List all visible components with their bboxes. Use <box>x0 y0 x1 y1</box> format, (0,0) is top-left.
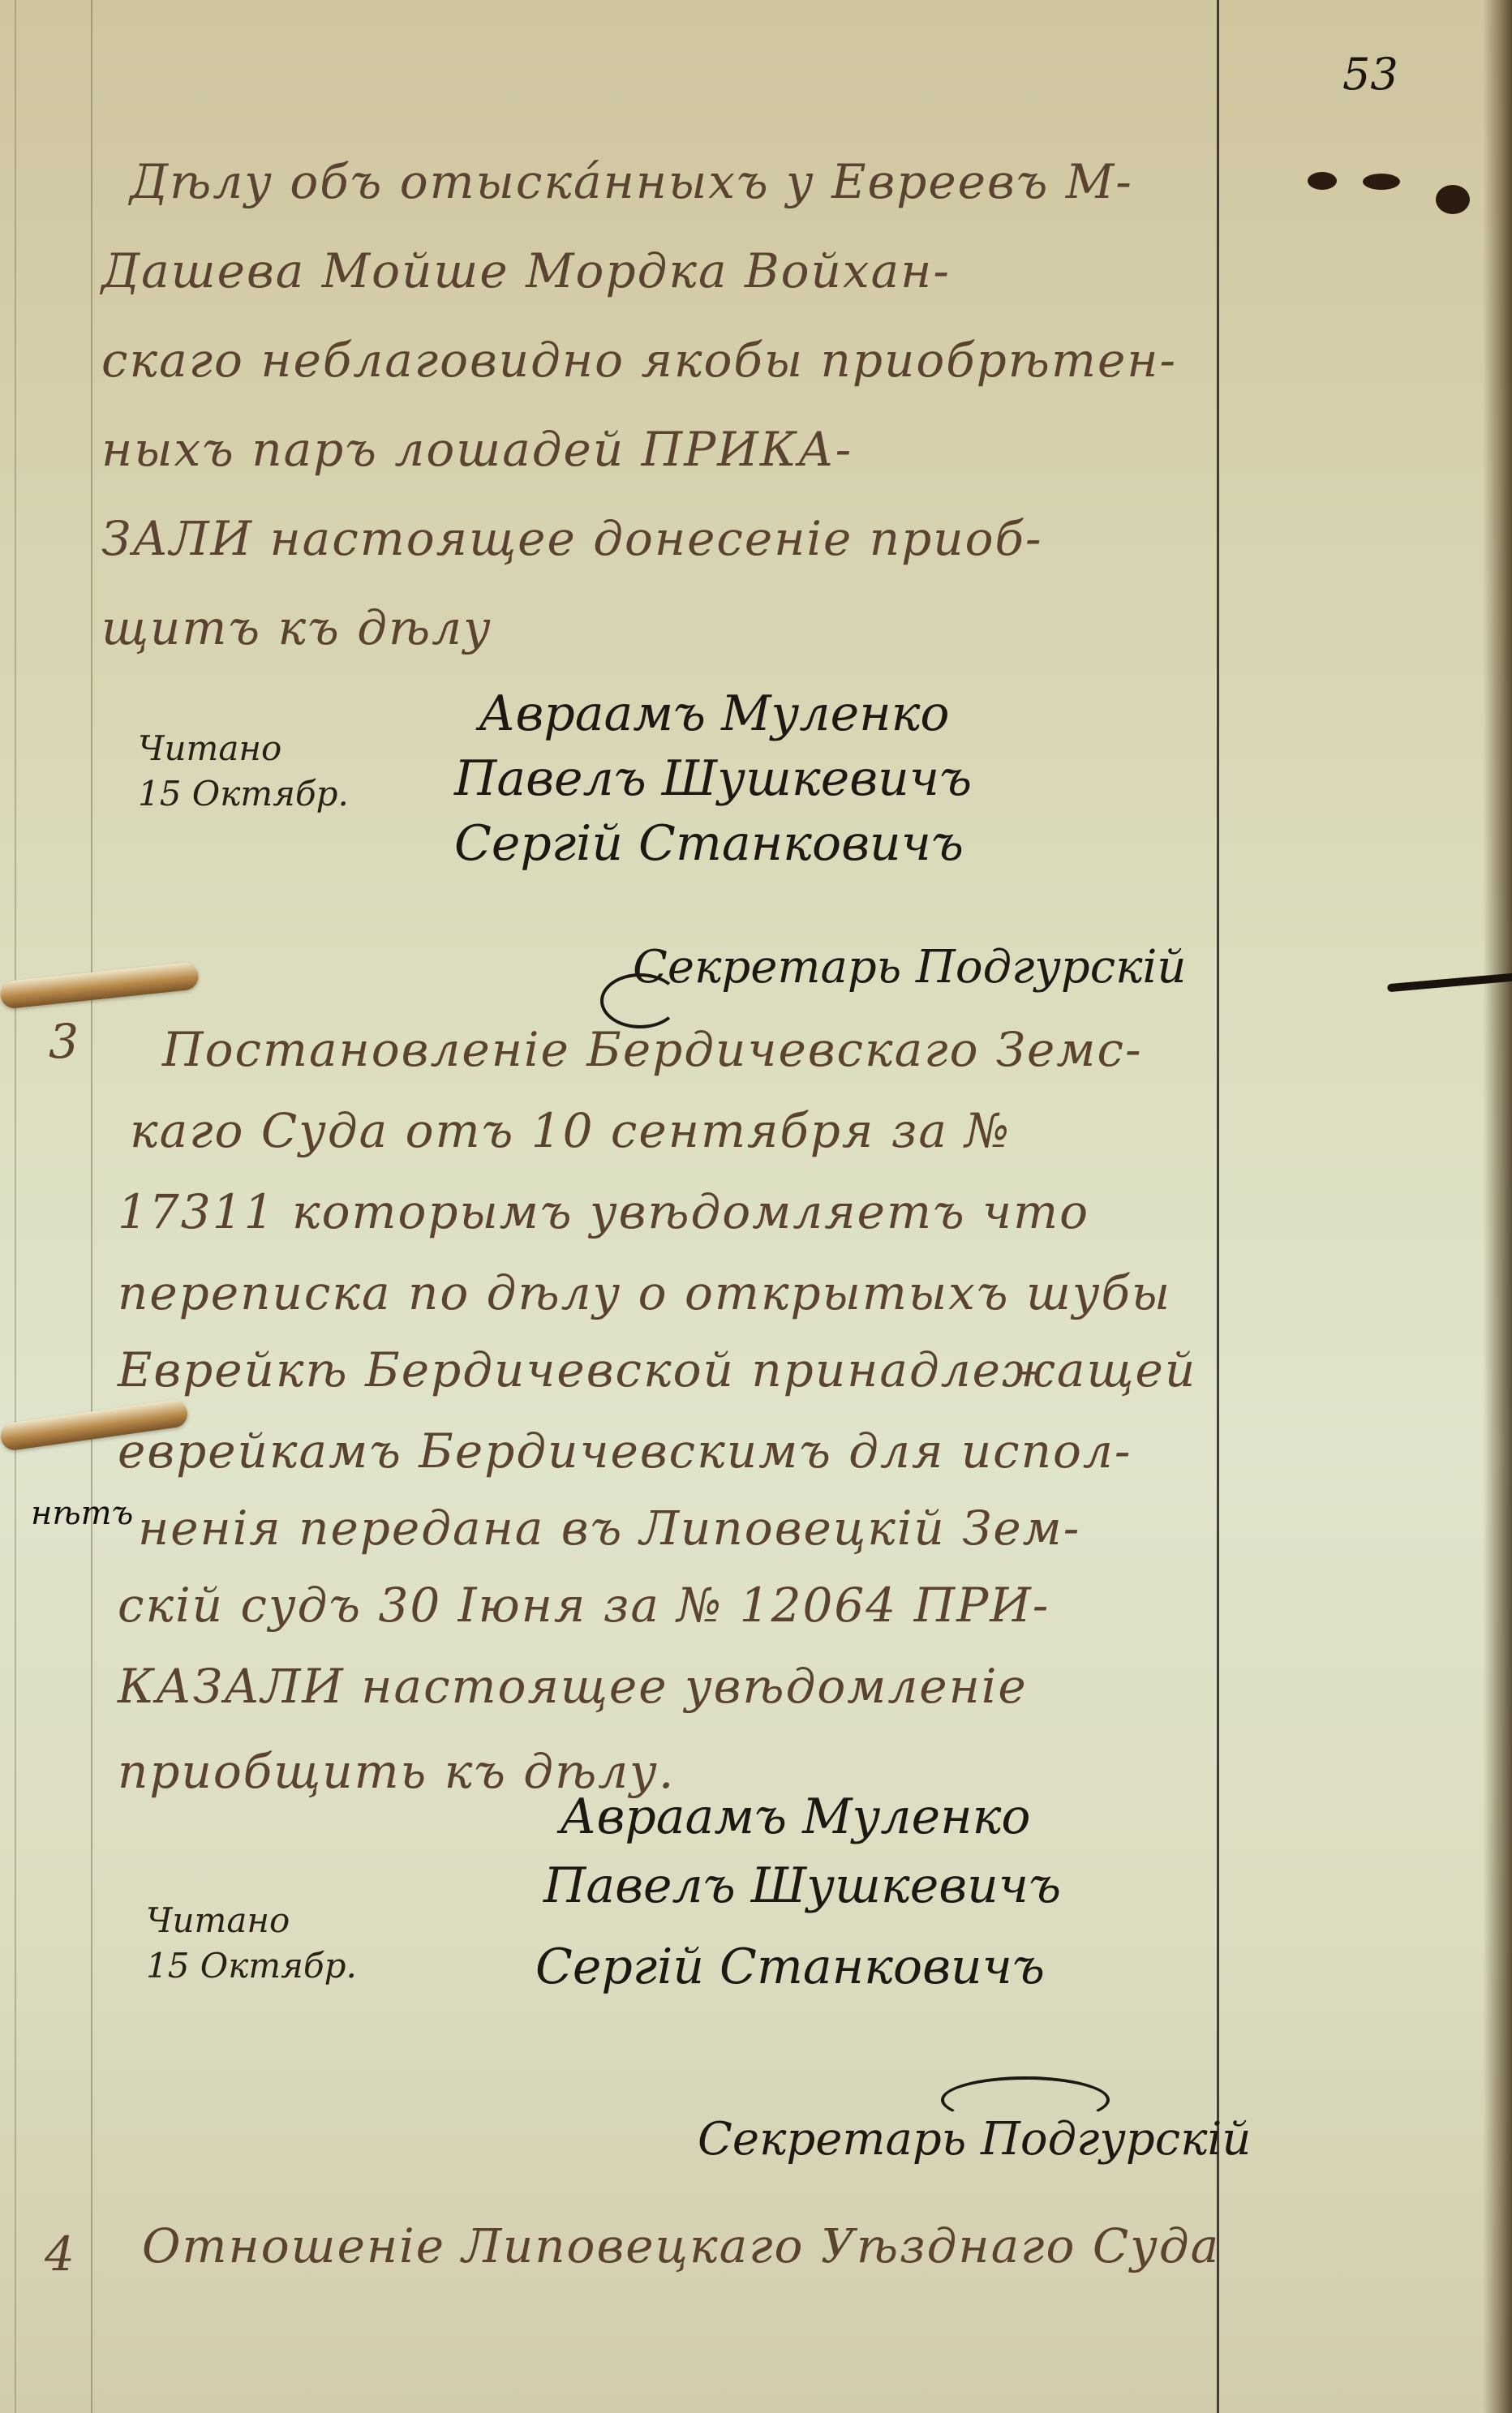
text-line: скій судъ 30 Іюня за № 12064 ПРИ- <box>118 1578 1050 1633</box>
right-margin-rule <box>1217 0 1219 2413</box>
text-line: ненія передана въ Липовецкій Зем- <box>138 1501 1080 1556</box>
text-line: Дашева Мойше Мордка Войхан- <box>101 243 951 298</box>
text-line: Еврейкѣ Бердичевской принадлежащей <box>118 1342 1196 1398</box>
text-line: ныхъ паръ лошадей ПРИКА- <box>101 422 853 477</box>
text-line: скаго неблаговидно якобы приобрѣтен- <box>101 333 1177 388</box>
signature: Сергій Станковичъ <box>535 1939 1045 1995</box>
ink-blot <box>1363 174 1400 190</box>
signature-flourish <box>600 973 680 1028</box>
text-line: щитъ къ дѣлу <box>101 600 492 655</box>
page-edge-shadow <box>1483 0 1512 2413</box>
secretary-signature: Секретарь Подгурскій <box>698 2113 1252 2166</box>
signature: Авраамъ Муленко <box>560 1788 1031 1845</box>
binding-thread <box>0 961 200 1009</box>
entry-number: 4 <box>45 2226 75 2282</box>
text-line: КАЗАЛИ настоящее увѣдомленіе <box>118 1659 1028 1714</box>
text-line: 17311 которымъ увѣдомляетъ что <box>118 1184 1089 1239</box>
text-line: каго Суда отъ 10 сентября за № <box>130 1103 1011 1158</box>
signature: Сергій Станковичъ <box>454 815 964 872</box>
folio-number: 53 <box>1342 49 1398 100</box>
ink-blot <box>1436 185 1470 214</box>
text-line: ЗАЛИ настоящее донесеніе приоб- <box>101 511 1043 566</box>
ink-blot <box>1308 172 1337 190</box>
secretary-signature: Секретарь Подгурскій <box>633 941 1187 994</box>
left-margin-rule <box>91 0 92 2413</box>
left-edge-rule <box>15 0 16 2413</box>
read-date-note: Читано 15 Октябр. <box>146 1898 357 1989</box>
text-line: Дѣлу объ отыска́нныхъ у Евреевъ М- <box>130 154 1133 209</box>
entry-number: 3 <box>49 1014 79 1069</box>
text-line: Отношеніе Липовецкаго Уѣзднаго Суда <box>142 2218 1220 2273</box>
text-line: еврейкамъ Бердичевскимъ для испол- <box>118 1423 1132 1479</box>
margin-annotation: нѣтъ <box>31 1491 133 1536</box>
document-page: 53 Дѣлу объ отыска́нныхъ у Евреевъ М- Да… <box>0 0 1512 2413</box>
signature: Авраамъ Муленко <box>479 685 950 742</box>
signature: Павелъ Шушкевичъ <box>543 1857 1061 1914</box>
signature: Павелъ Шушкевичъ <box>454 750 972 807</box>
text-line: переписка по дѣлу о открытыхъ шубы <box>118 1265 1171 1320</box>
signature-flourish <box>941 2076 1110 2123</box>
read-date-note: Читано 15 Октябр. <box>138 726 349 817</box>
text-line: Постановленіе Бердичевскаго Земс- <box>162 1022 1143 1077</box>
